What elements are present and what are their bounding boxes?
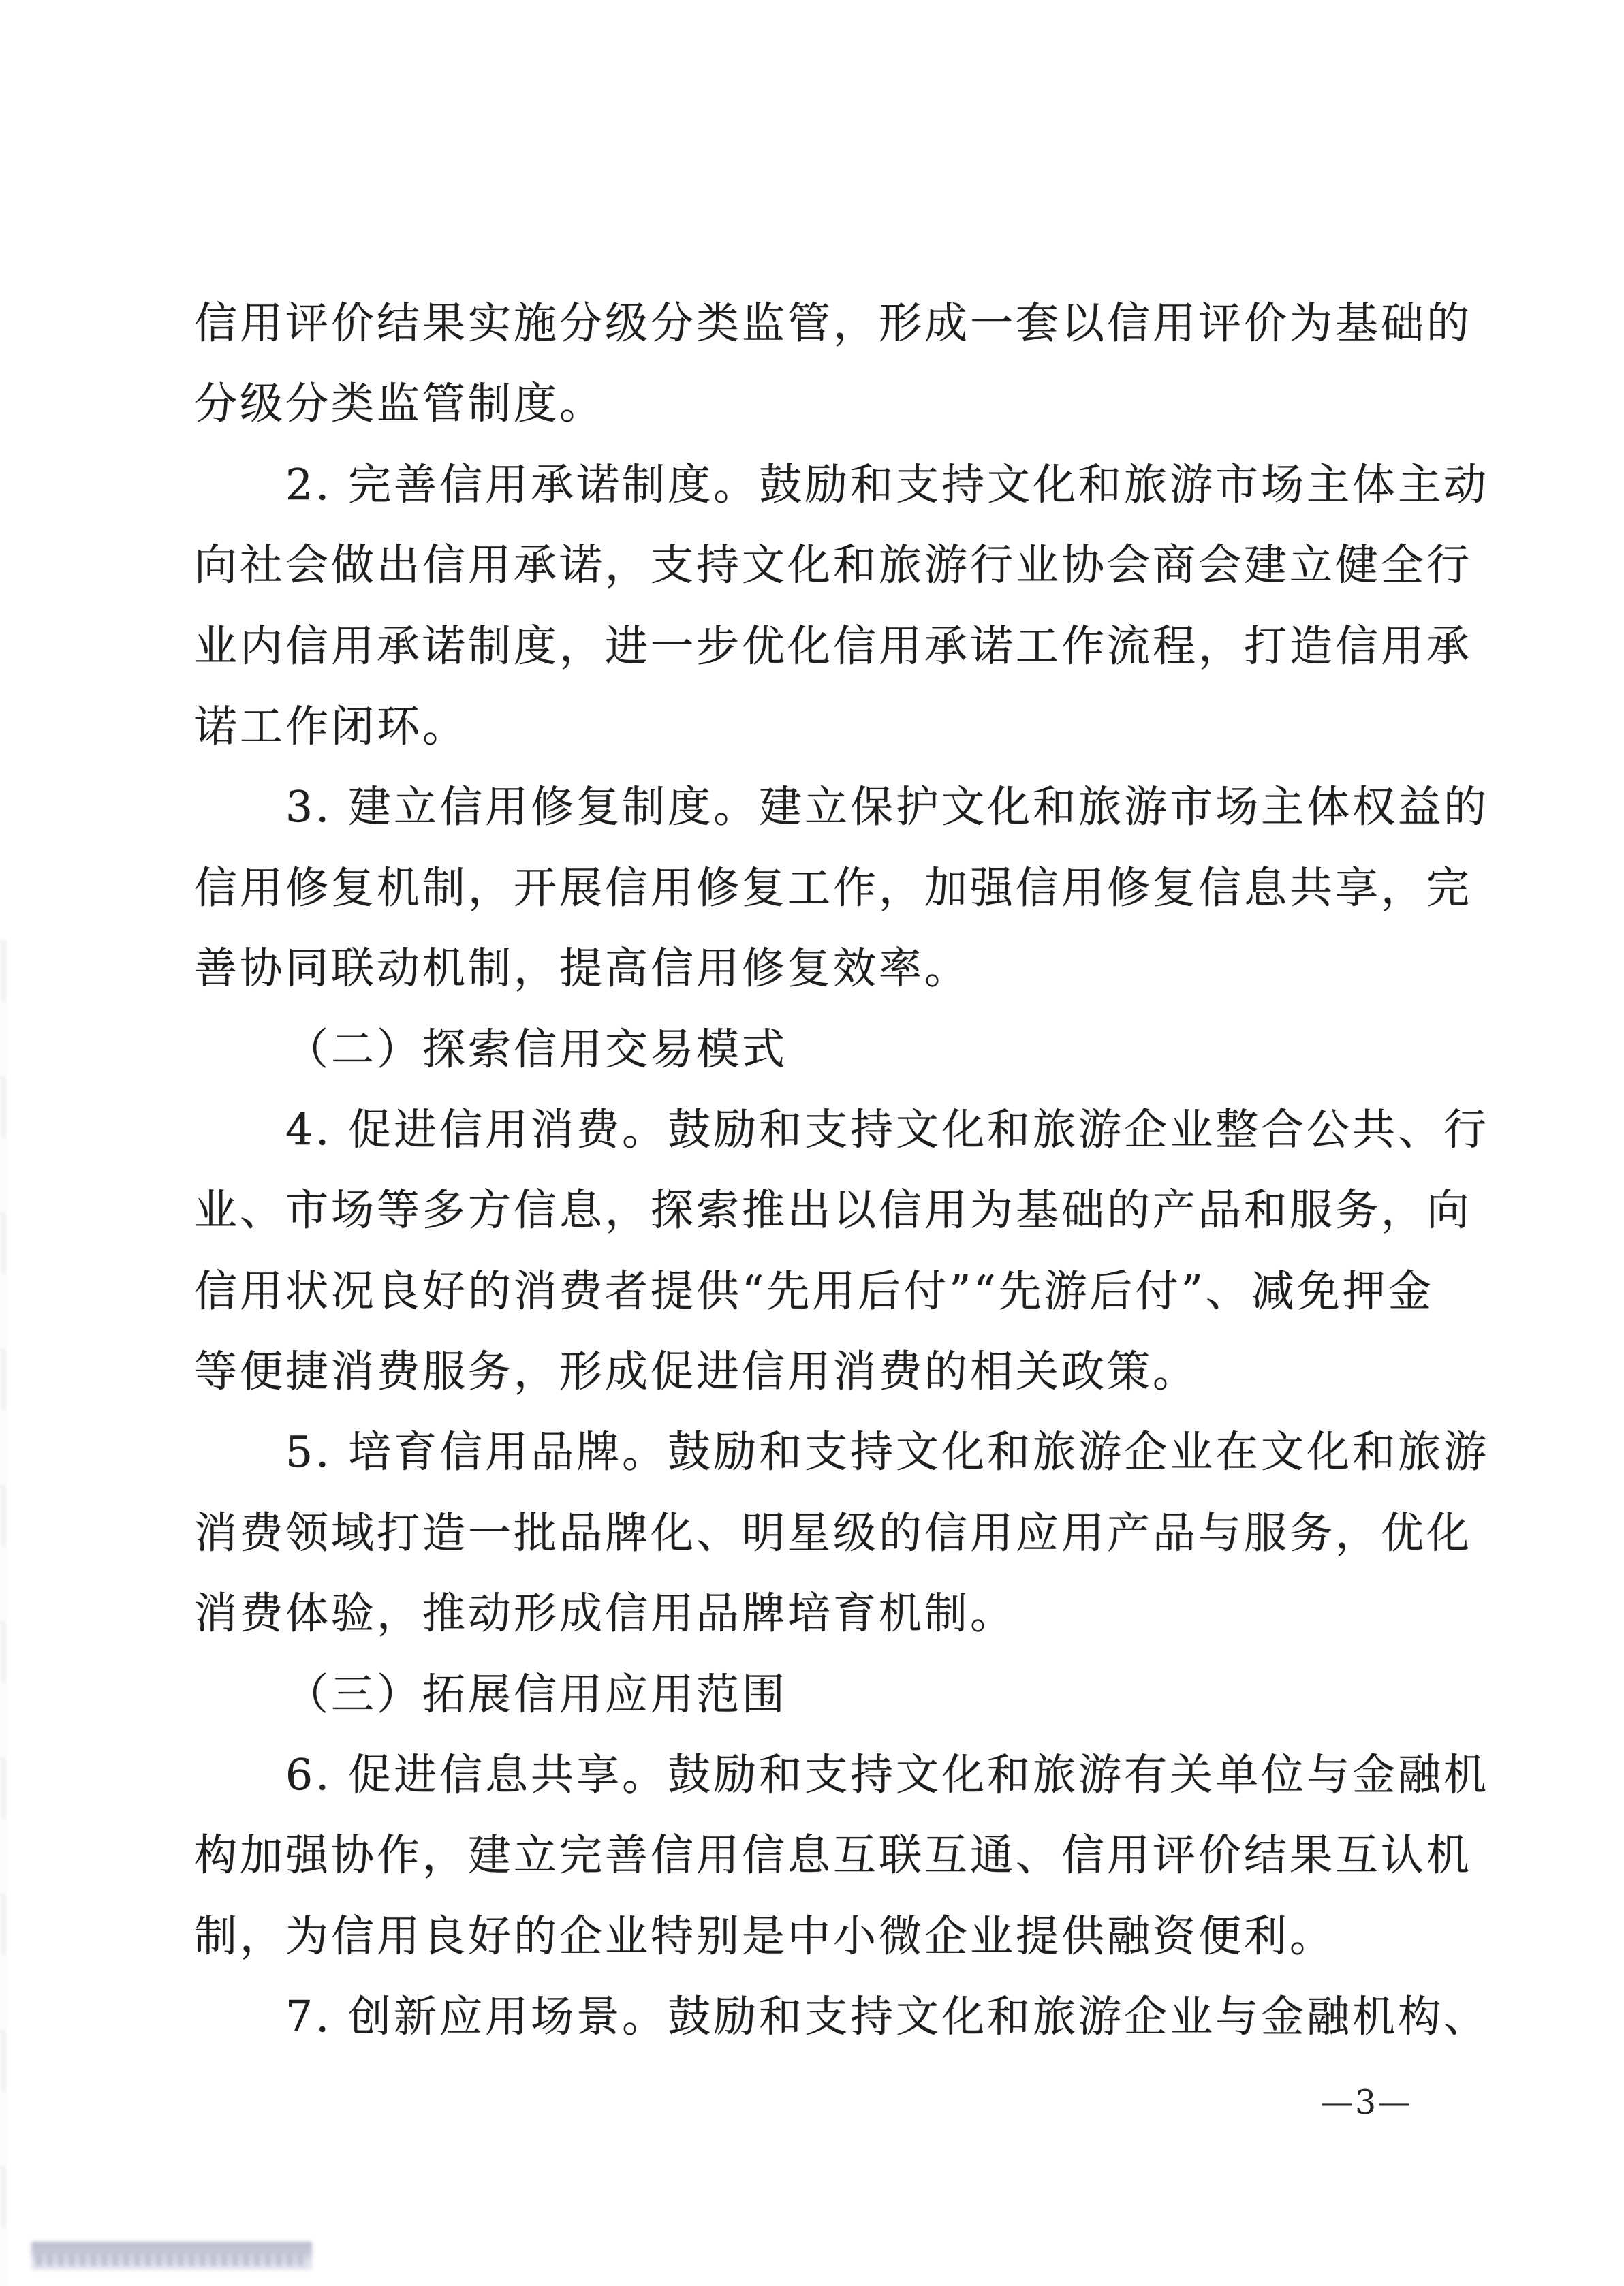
text-line: 2. 完善信用承诺制度。鼓励和支持文化和旅游市场主体主动 [194, 445, 1478, 525]
text-line: 消费领域打造一批品牌化、明星级的信用应用产品与服务，优化 [194, 1493, 1478, 1573]
scan-artifact-left-edge [0, 940, 7, 2286]
text-line: 向社会做出信用承诺，支持文化和旅游行业协会商会建立健全行 [194, 525, 1478, 606]
text-line: 等便捷消费服务，形成促进信用消费的相关政策。 [194, 1332, 1478, 1412]
text-line: 制，为信用良好的企业特别是中小微企业提供融资便利。 [194, 1896, 1478, 1977]
text-line: 分级分类监管制度。 [194, 364, 1478, 444]
text-line: 业、市场等多方信息，探索推出以信用为基础的产品和服务，向 [194, 1170, 1478, 1251]
text-line: 业内信用承诺制度，进一步优化信用承诺工作流程，打造信用承 [194, 606, 1478, 687]
text-line: 诺工作闭环。 [194, 687, 1478, 767]
text-line: 7. 创新应用场景。鼓励和支持文化和旅游企业与金融机构、 [194, 1977, 1478, 2057]
text-line: （三）拓展信用应用范围 [194, 1655, 1478, 1735]
scan-artifact-watermark-strip [31, 2242, 312, 2270]
page-number: —3— [1320, 2083, 1412, 2122]
text-line: （二）探索信用交易模式 [194, 1009, 1478, 1090]
document-body: 信用评价结果实施分级分类监管，形成一套以信用评价为基础的分级分类监管制度。2. … [194, 283, 1478, 2058]
text-line: 信用评价结果实施分级分类监管，形成一套以信用评价为基础的 [194, 283, 1478, 364]
text-line: 信用状况良好的消费者提供“先用后付”“先游后付”、减免押金 [194, 1251, 1478, 1332]
text-line: 善协同联动机制，提高信用修复效率。 [194, 928, 1478, 1009]
text-line: 5. 培育信用品牌。鼓励和支持文化和旅游企业在文化和旅游 [194, 1412, 1478, 1492]
text-line: 6. 促进信息共享。鼓励和支持文化和旅游有关单位与金融机 [194, 1735, 1478, 1815]
text-line: 3. 建立信用修复制度。建立保护文化和旅游市场主体权益的 [194, 767, 1478, 847]
text-line: 信用修复机制，开展信用修复工作，加强信用修复信息共享，完 [194, 848, 1478, 928]
text-line: 消费体验，推动形成信用品牌培育机制。 [194, 1573, 1478, 1654]
text-line: 构加强协作，建立完善信用信息互联互通、信用评价结果互认机 [194, 1815, 1478, 1896]
text-line: 4. 促进信用消费。鼓励和支持文化和旅游企业整合公共、行 [194, 1090, 1478, 1170]
scanned-document-page: 信用评价结果实施分级分类监管，形成一套以信用评价为基础的分级分类监管制度。2. … [0, 0, 1624, 2286]
